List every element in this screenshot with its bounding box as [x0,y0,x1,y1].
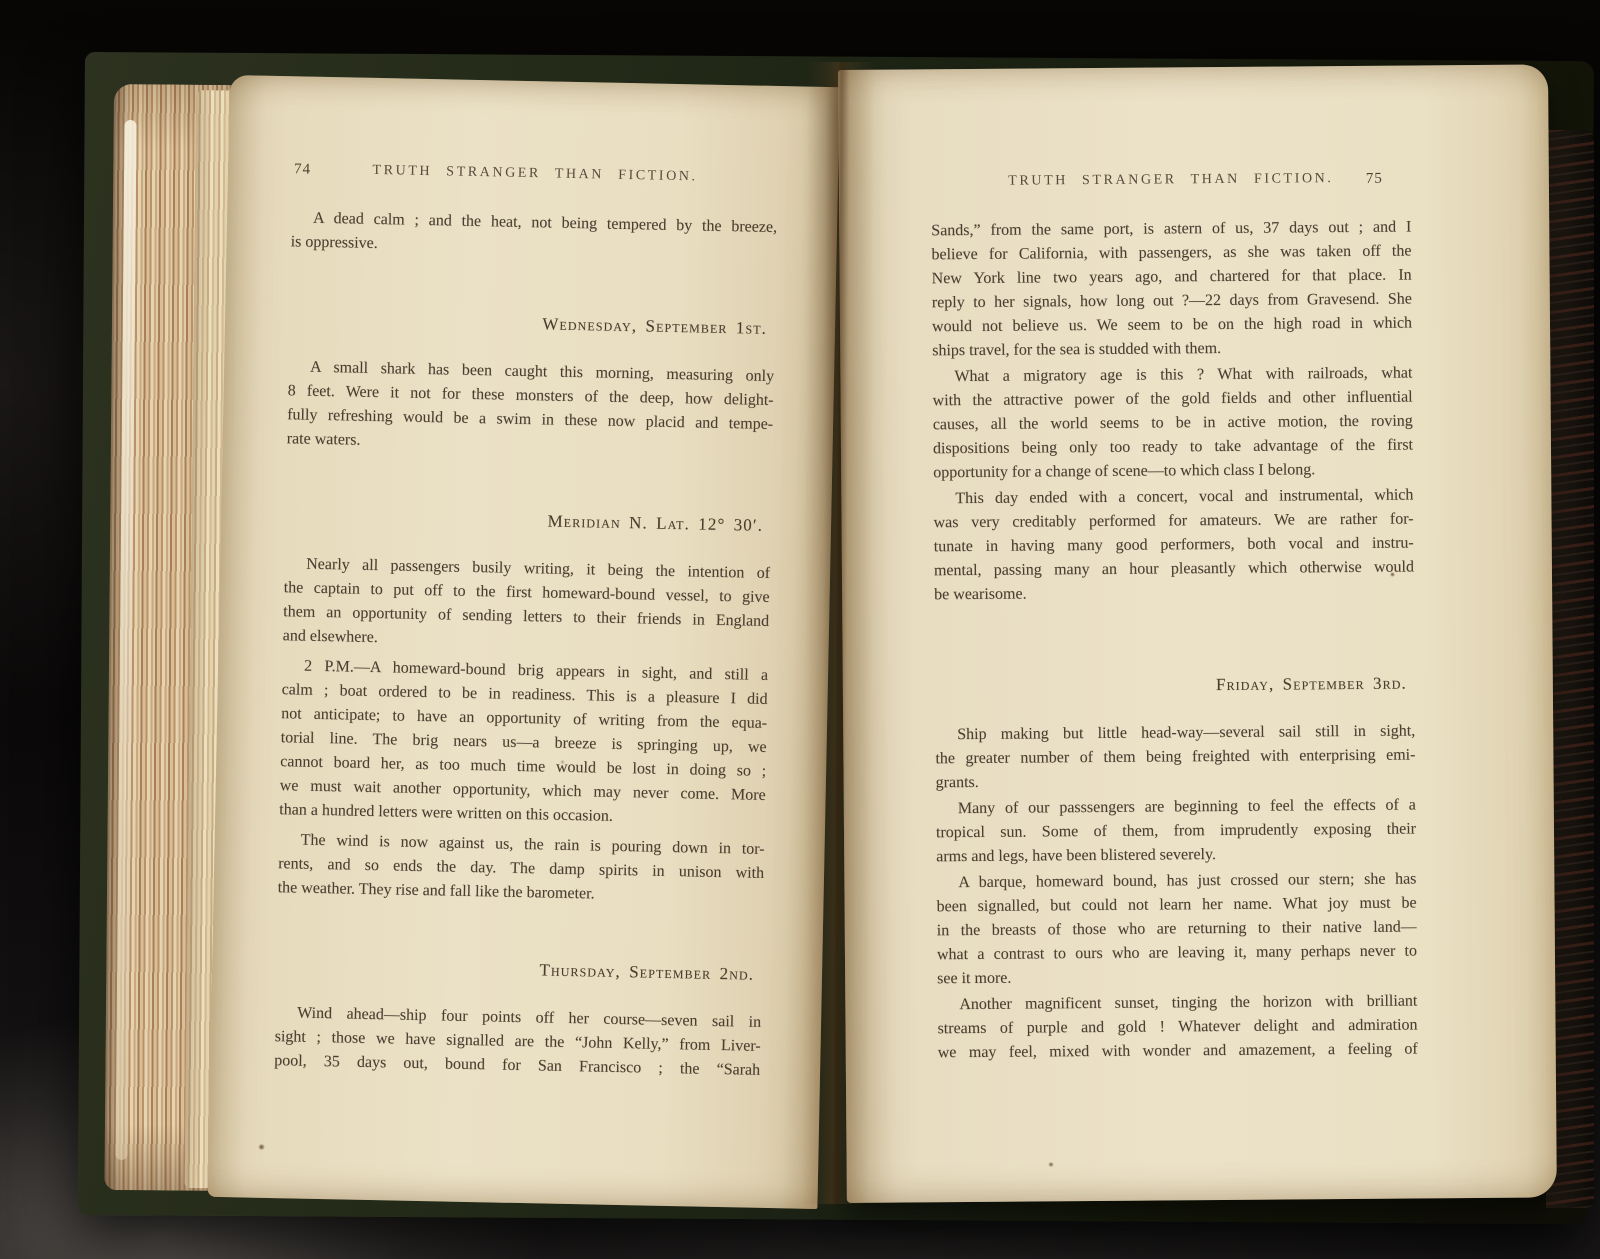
running-header: TRUTH STRANGER THAN FICTION. [931,171,1411,191]
right-page-surface: TRUTH STRANGER THAN FICTION. 75 Sands,” … [838,64,1557,1203]
paragraph: The wind is now against us, the rain is … [277,828,764,910]
paragraph: A small shark has been caught this morni… [286,355,774,461]
paragraph: A dead calm ; and the heat, not being te… [290,206,777,264]
date-heading: Friday, September 3rd. [935,671,1415,699]
text-line: would not believe us. We seem to be on t… [932,311,1412,339]
text-line: be wearisome. [934,579,1414,607]
text-line: see it more. [937,963,1417,991]
text-line: grants. [936,767,1416,795]
paragraph: This day ended with a concert, vocal and… [933,483,1414,607]
date-heading: Thursday, September 2nd. [276,953,762,987]
paragraph: Many of our passsengers are beginning to… [936,793,1417,869]
paragraph: A barque, homeward bound, has just cross… [936,867,1417,991]
left-page-surface: 74 TRUTH STRANGER THAN FICTION. A dead c… [207,75,839,1209]
book-photo: 74 TRUTH STRANGER THAN FICTION. A dead c… [0,0,1600,1259]
date-heading: Meridian N. Lat. 12° 30′. [285,504,771,538]
right-page: TRUTH STRANGER THAN FICTION. 75 Sands,” … [838,64,1557,1203]
text-line: opportunity for a change of scene—to whi… [933,457,1413,485]
text-line: mental, passing many an hour pleasantly … [934,555,1414,583]
page-number: 74 [294,161,311,178]
left-page-header: 74 TRUTH STRANGER THAN FICTION. [292,161,778,195]
text-line: we may feel, mixed with wonder and amaze… [938,1037,1418,1065]
paragraph: Nearly all passengers busily writing, it… [283,552,771,658]
text-line: ships travel, for the sea is studded wit… [932,335,1412,363]
page-body-right: Sands,” from the same port, is astern of… [931,216,1418,1066]
text-line: tropical sun. Some of them, from imprude… [936,817,1416,845]
page-body-left: A dead calm ; and the heat, not being te… [274,206,777,1083]
paragraph: 2 P.M.—A homeward-bound brig appears in … [279,654,768,832]
paragraph: Ship making but little head-way—several … [935,719,1416,795]
right-page-header: TRUTH STRANGER THAN FICTION. 75 [931,171,1411,199]
paragraph: Wind ahead—ship four points off her cour… [274,1001,761,1083]
running-header: TRUTH STRANGER THAN FICTION. [292,161,778,187]
text-line: the greater number of them being freight… [935,743,1415,771]
text-line: arms and legs, have been blistered sever… [936,841,1416,869]
text-line: dispositions being only too ready to tak… [933,433,1413,461]
text-line: what a contrast to ours who are leaving … [937,939,1417,967]
paragraph: Sands,” from the same port, is astern of… [931,216,1412,364]
left-page: 74 TRUTH STRANGER THAN FICTION. A dead c… [207,75,839,1209]
date-heading: Wednesday, September 1st. [289,307,775,341]
page-number: 75 [1366,171,1383,188]
paragraph: Another magnificent sunset, tinging the … [937,989,1418,1065]
paragraph: What a migratory age is this ? What with… [932,361,1413,485]
